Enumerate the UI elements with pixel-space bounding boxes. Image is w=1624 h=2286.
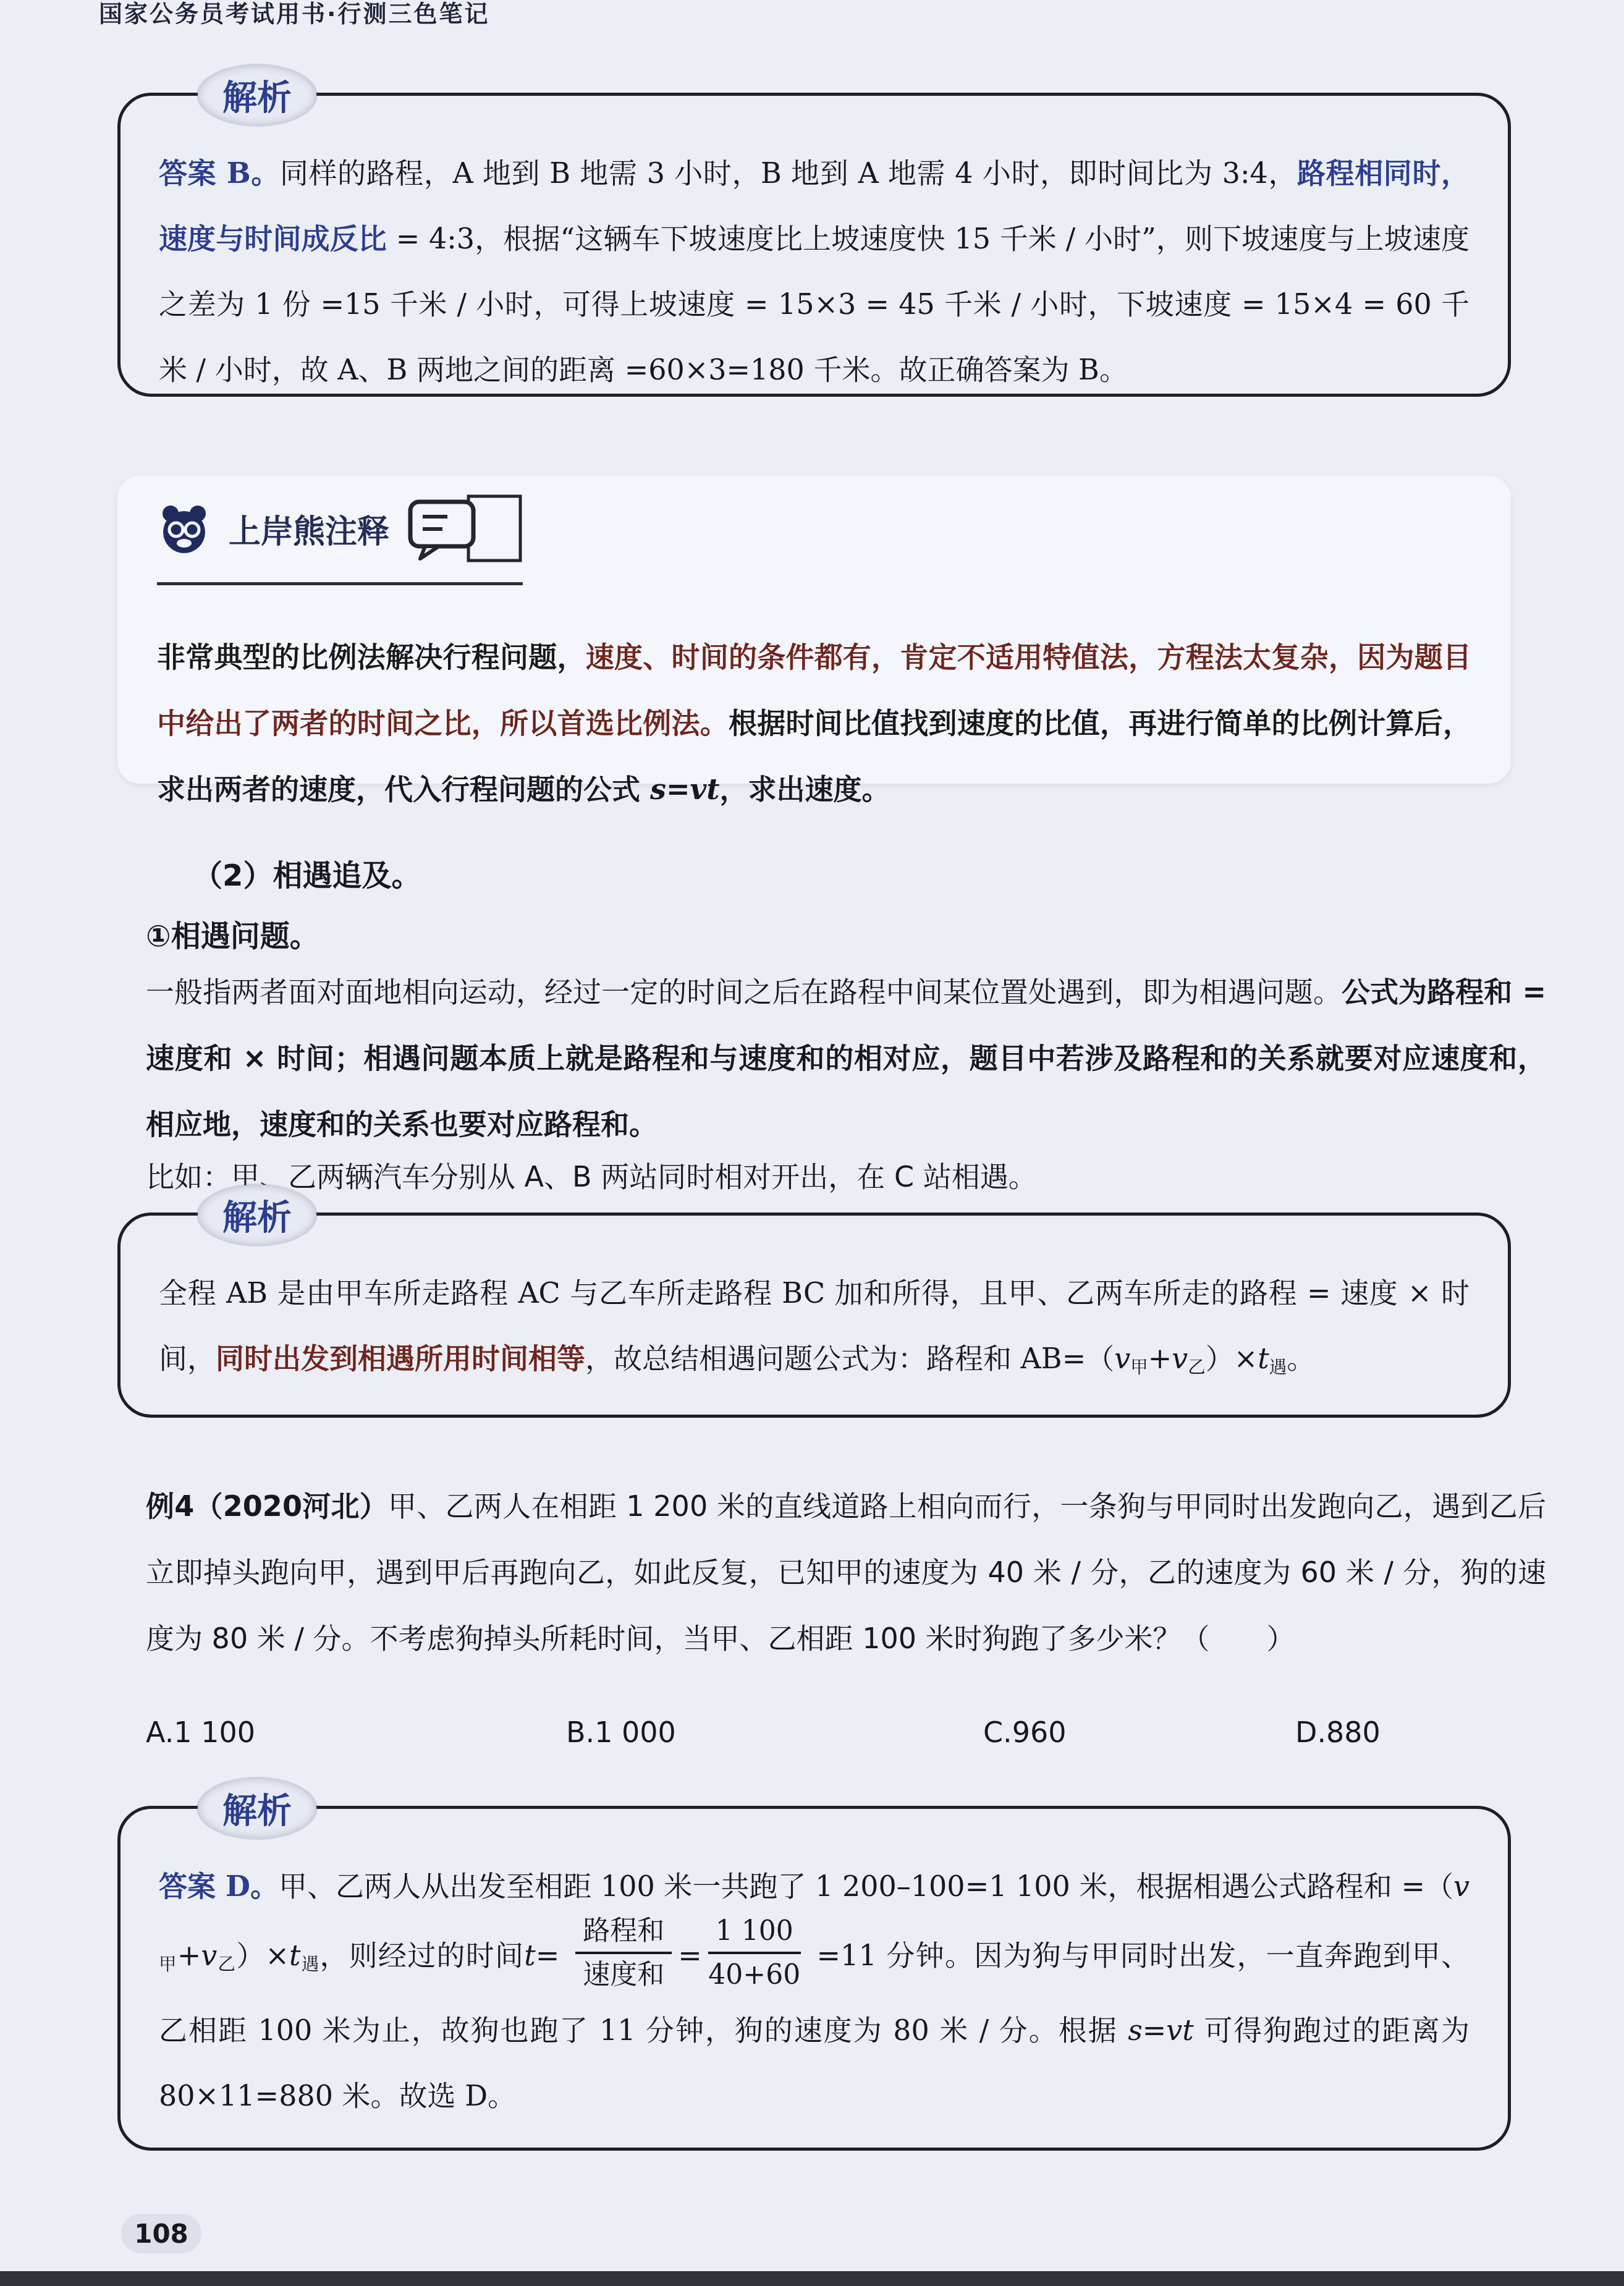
- speech-bubble-icon: [407, 494, 524, 562]
- box4-eq-2: =: [678, 1939, 702, 1972]
- box4-text-2: 则经过的时间: [349, 1939, 524, 1972]
- page-header: 国家公务员考试用书·行测三色笔记: [99, 0, 489, 27]
- formula-svt-2: s=vt: [1128, 2013, 1194, 2047]
- box1-text-1: 同样的路程，A 地到 B 地需 3 小时，B 地到 A 地需 4 小时，即时间比…: [280, 156, 1297, 190]
- fraction-1100-over-100: 1 10040+60: [708, 1914, 801, 1992]
- note-header: 上岸熊注释: [157, 494, 524, 562]
- page-number-capsule: 108: [121, 2214, 201, 2253]
- analysis-badge: 解析: [198, 1185, 316, 1245]
- analysis-badge-label: 解析: [222, 70, 292, 120]
- analysis-badge: 解析: [198, 65, 316, 125]
- fraction-distance-over-speed: 路程和速度和: [575, 1914, 672, 1992]
- formula-svt: s=vt: [650, 773, 719, 806]
- analysis-badge-label: 解析: [222, 1190, 292, 1240]
- heading-meeting-chase: （2）相遇追及。: [193, 852, 421, 894]
- photo-bottom-edge: [0, 2271, 1624, 2286]
- analysis-box-2-text: 全程 AB 是由甲车所走路程 AC 与乙车所走路程 BC 加和所得，且甲、乙两车…: [121, 1216, 1508, 1400]
- meeting-formula: v甲+v乙）×t遇。: [1114, 1342, 1315, 1375]
- analysis-box-2: 解析 全程 AB 是由甲车所走路程 AC 与乙车所走路程 BC 加和所得，且甲、…: [117, 1213, 1511, 1418]
- box3-text-2: ，故总结相遇问题公式为：路程和 AB=（: [585, 1342, 1114, 1375]
- box4-text-1: 甲、乙两人从出发至相距 100 米一共跑了 1 200–100=1 100 米，…: [279, 1869, 1453, 1903]
- analysis-box-1: 解析 答案 B。同样的路程，A 地到 B 地需 3 小时，B 地到 A 地需 4…: [117, 93, 1511, 397]
- heading-meeting-problem: ①相遇问题。: [146, 912, 319, 955]
- var-t: t: [524, 1939, 536, 1972]
- analysis-badge: 解析: [198, 1778, 316, 1839]
- note-box: 上岸熊注释 非常典型的比例法解决行程问题，速度、时间的条件都有，肯定不适用特值法…: [117, 476, 1511, 784]
- example-4-problem: 例4（2020河北）甲、乙两人在相距 1 200 米的直线道路上相向而行，一条狗…: [146, 1473, 1546, 1672]
- meeting-intro-paragraph: 一般指两者面对面地相向运动，经过一定的时间之后在路程中间某位置处遇到，即为相遇问…: [146, 959, 1546, 1158]
- analysis-box-1-text: 答案 B。同样的路程，A 地到 B 地需 3 小时，B 地到 A 地需 4 小时…: [121, 96, 1508, 402]
- option-a: A.1 100: [146, 1716, 255, 1749]
- options-row: A.1 100 B.1 000 C.960 D.880: [146, 1716, 1546, 1753]
- analysis-badge-label: 解析: [222, 1784, 292, 1833]
- note-text-1: 非常典型的比例法解决行程问题，: [157, 640, 586, 674]
- box3-highlight: 同时出发到相遇所用时间相等: [216, 1342, 585, 1375]
- answer-b: 答案 B。: [159, 156, 280, 190]
- note-text-3: ，求出速度。: [719, 773, 890, 806]
- analysis-box-3: 解析 答案 D。甲、乙两人从出发至相距 100 米一共跑了 1 200–100=…: [117, 1806, 1511, 2151]
- option-d: D.880: [1295, 1716, 1381, 1749]
- note-text: 非常典型的比例法解决行程问题，速度、时间的条件都有，肯定不适用特值法，方程法太复…: [117, 597, 1511, 823]
- option-c: C.960: [983, 1716, 1067, 1749]
- bear-icon: [157, 501, 211, 556]
- answer-d: 答案 D。: [159, 1869, 279, 1903]
- box4-eq-1: =: [536, 1939, 569, 1972]
- example-4-label: 例4（2020河北）: [146, 1489, 388, 1523]
- analysis-box-3-text: 答案 D。甲、乙两人从出发至相距 100 米一共跑了 1 200–100=1 1…: [121, 1809, 1508, 2128]
- note-header-underline: [157, 582, 523, 585]
- note-title: 上岸熊注释: [229, 506, 389, 552]
- page-number: 108: [134, 2219, 188, 2249]
- book-page: { "colors": { "accent_blue": "#2b3d8f", …: [0, 0, 1624, 2286]
- option-b: B.1 000: [566, 1716, 676, 1749]
- intro-normal: 一般指两者面对面地相向运动，经过一定的时间之后在路程中间某位置处遇到，即为相遇问…: [146, 975, 1342, 1009]
